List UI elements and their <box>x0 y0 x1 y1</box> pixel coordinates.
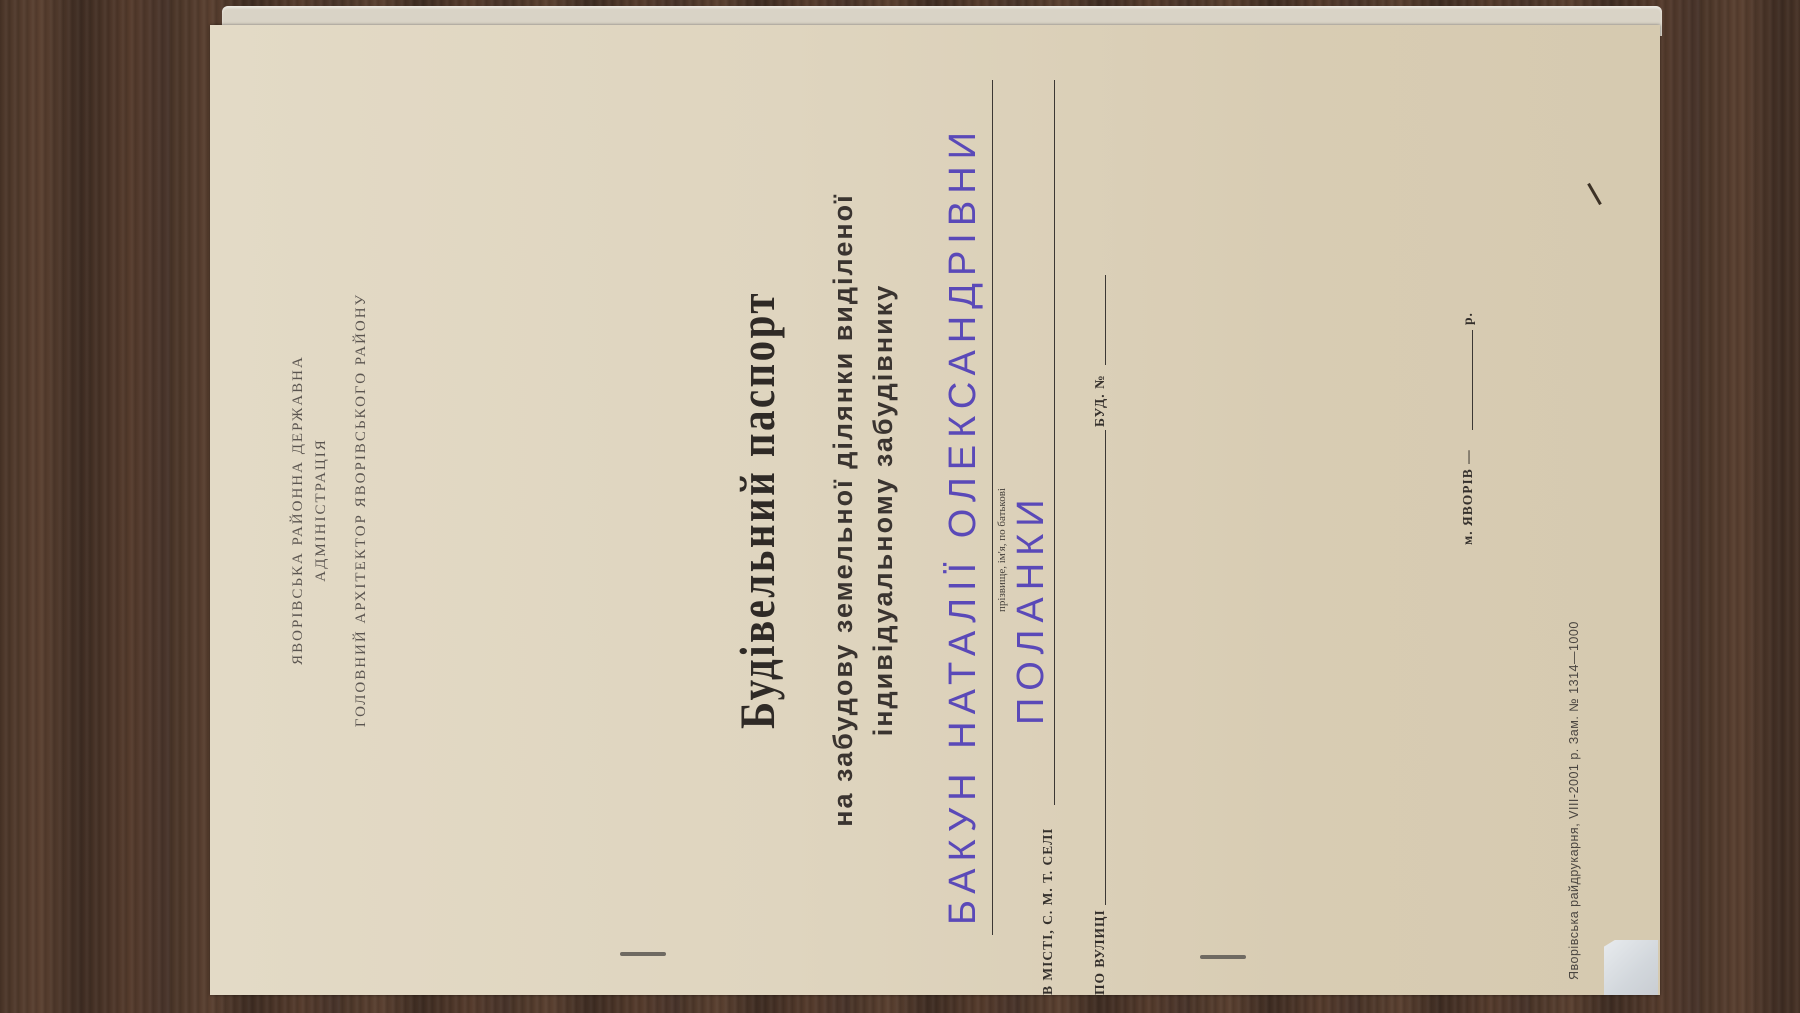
locality-label: В МІСТІ, С. М. Т. СЕЛІ <box>1040 828 1056 995</box>
year-suffix: р. <box>1460 312 1476 325</box>
page-title: Будівельний паспорт <box>728 112 786 907</box>
header-line-2: АДМІНІСТРАЦІЯ <box>313 25 330 995</box>
street-rule <box>1105 430 1106 905</box>
building-number-rule <box>1105 275 1106 365</box>
place-city: м. ЯВОРІВ — <box>1460 449 1476 545</box>
street-label: ПО ВУЛИЦІ <box>1092 909 1108 995</box>
owner-name-rule <box>992 80 993 935</box>
subtitle-line-1: на забудову земельної ділянки виділеної <box>828 25 859 995</box>
subtitle-line-2: індивідуальному забудівнику <box>868 25 899 995</box>
owner-name-handwritten: БАКУН НАТАЛІЇ ОЛЕКСАНДРІВНИ <box>942 125 985 925</box>
locality-handwritten: ПОЛАНКИ <box>1010 492 1053 725</box>
year-rule <box>1472 330 1473 430</box>
owner-name-caption: прізвище, ім'я, по батькові <box>996 488 1008 612</box>
printer-imprint: Яворівська райдрукарня, VIII-2001 р. Зам… <box>1567 621 1581 980</box>
locality-rule <box>1054 80 1055 805</box>
rotated-document: ЯВОРІВСЬКА РАЙОННА ДЕРЖАВНА АДМІНІСТРАЦІ… <box>210 25 1660 995</box>
header-line-1: ЯВОРІВСЬКА РАЙОННА ДЕРЖАВНА <box>290 25 307 995</box>
header-line-3: ГОЛОВНИЙ АРХІТЕКТОР ЯВОРІВСЬКОГО РАЙОНУ <box>353 25 370 995</box>
building-number-label: БУД. № <box>1092 374 1108 427</box>
